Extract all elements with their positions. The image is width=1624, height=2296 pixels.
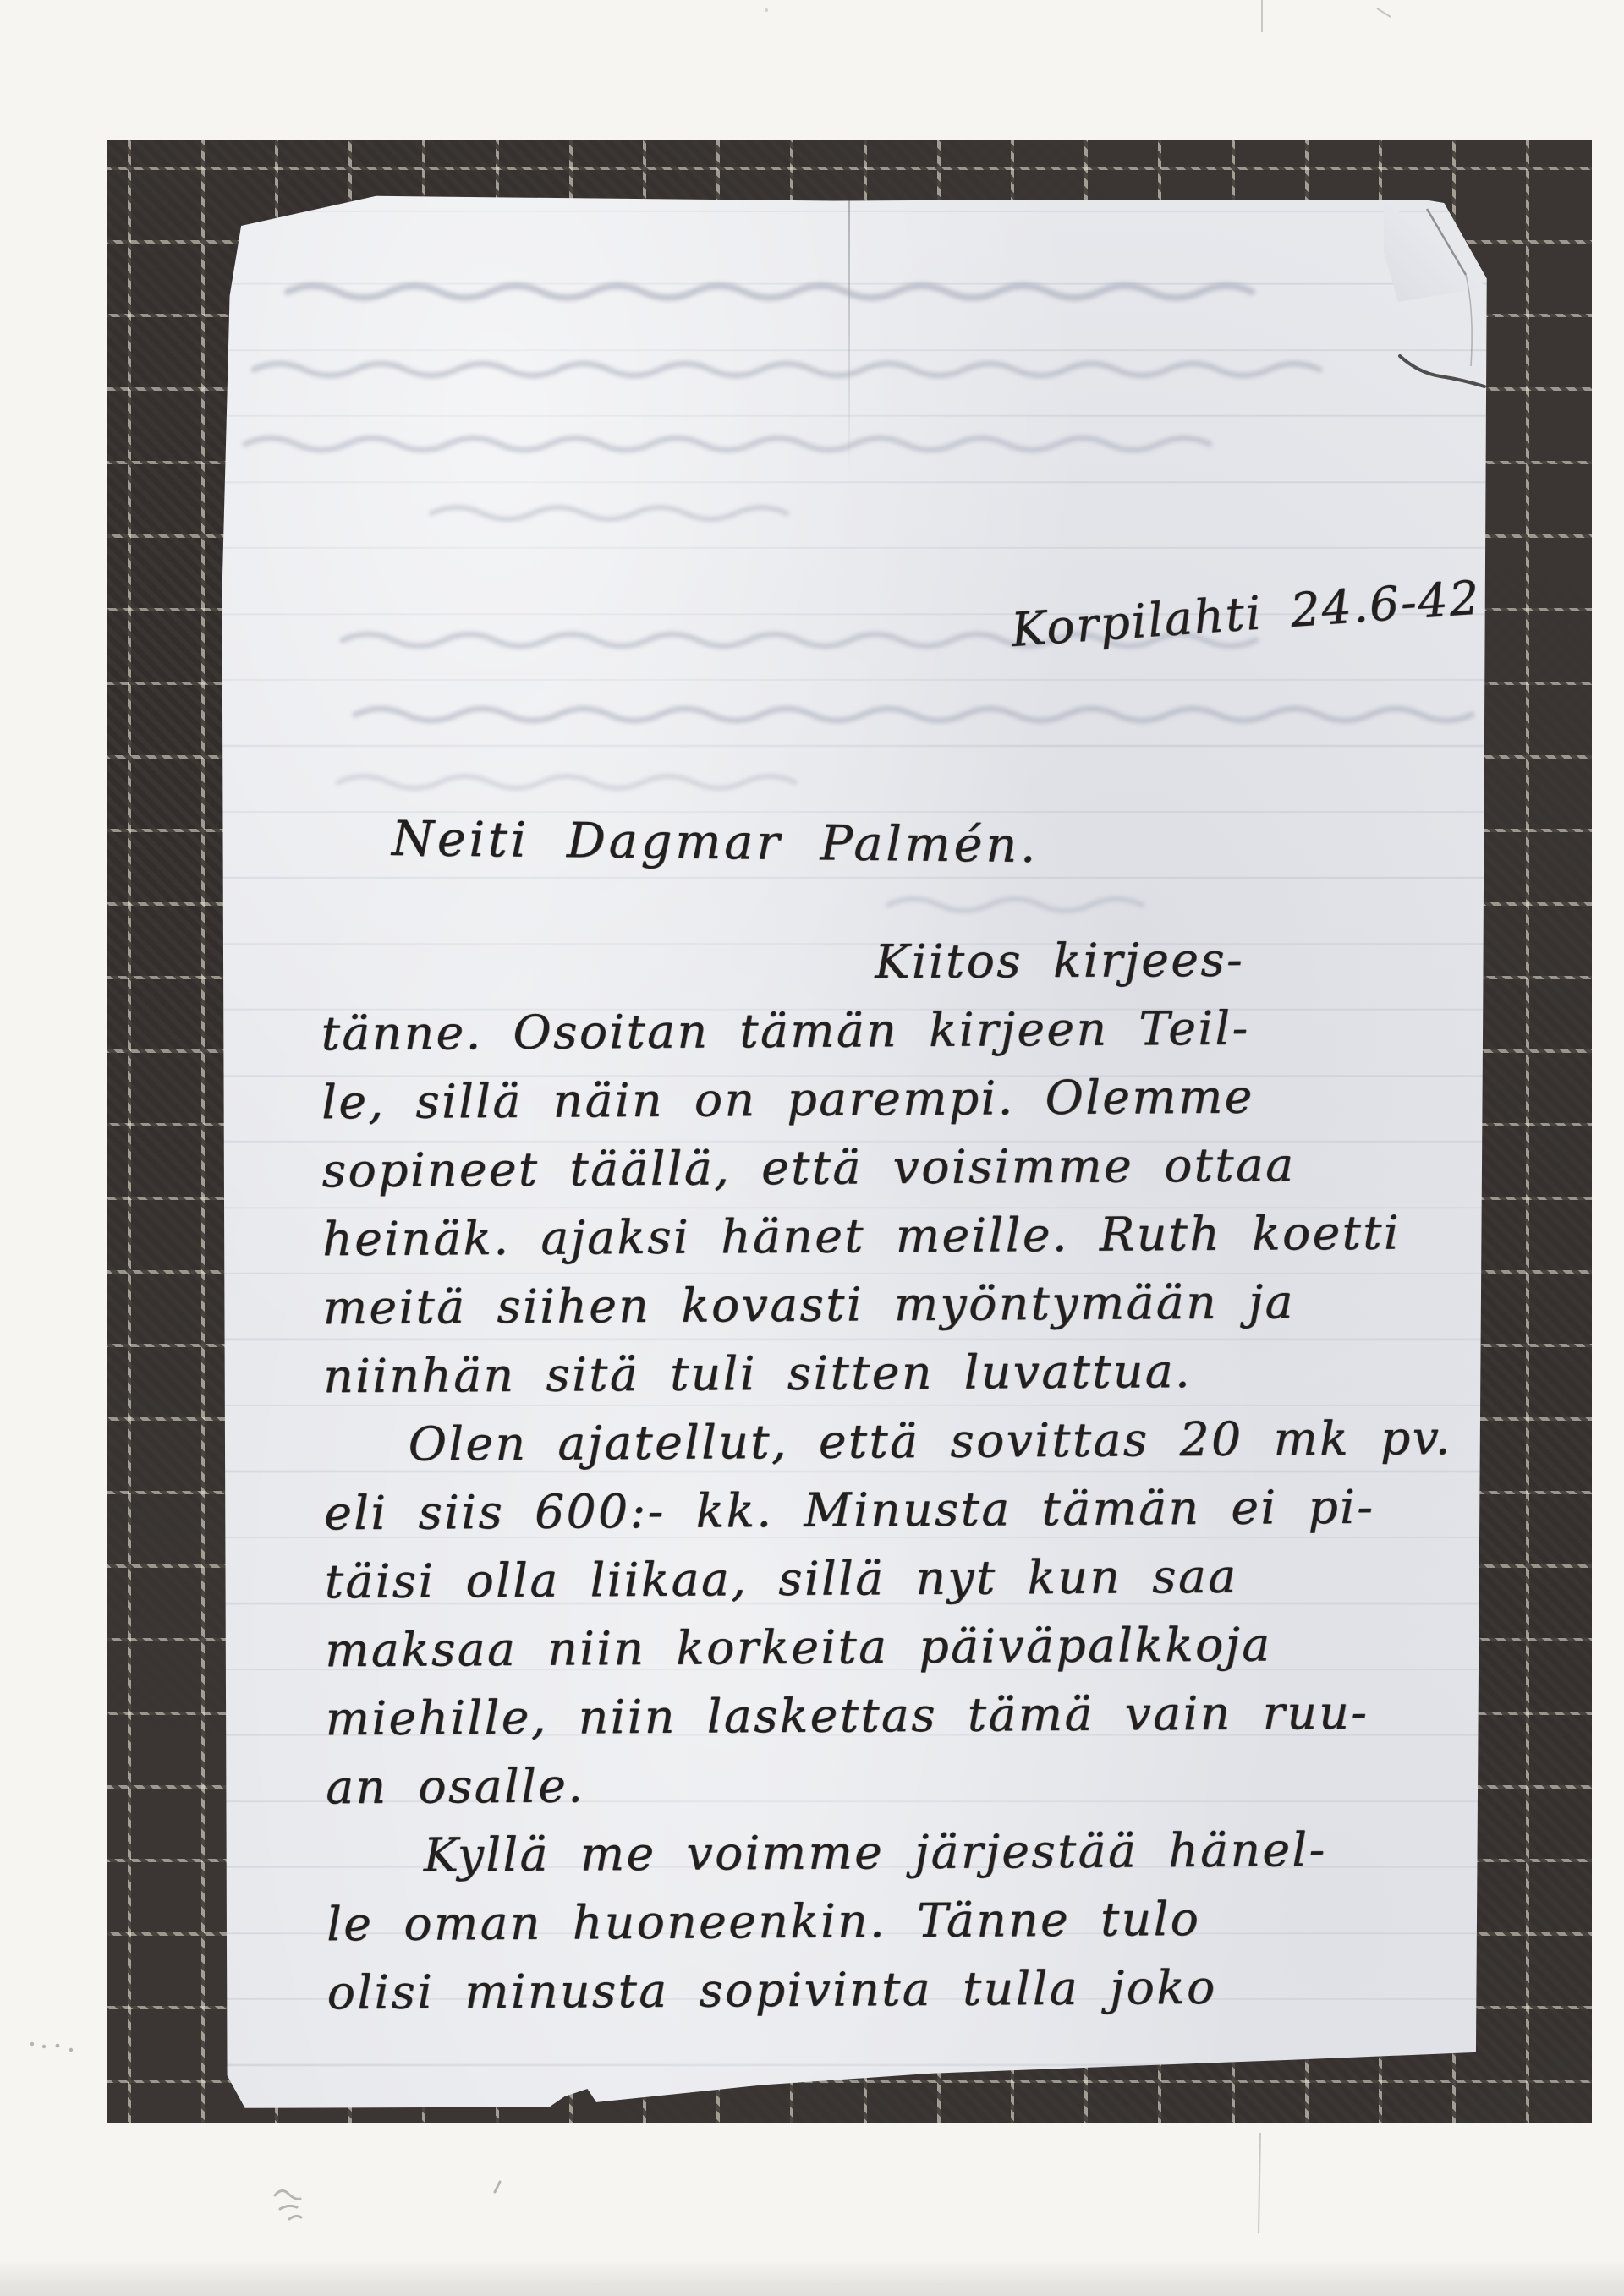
stray-marks — [0, 0, 1624, 2296]
photocopy-page: Korpilahti 24.6-42. Neiti Dagmar Palmén.… — [0, 0, 1624, 2296]
scan-edge-shading — [0, 2260, 1624, 2296]
